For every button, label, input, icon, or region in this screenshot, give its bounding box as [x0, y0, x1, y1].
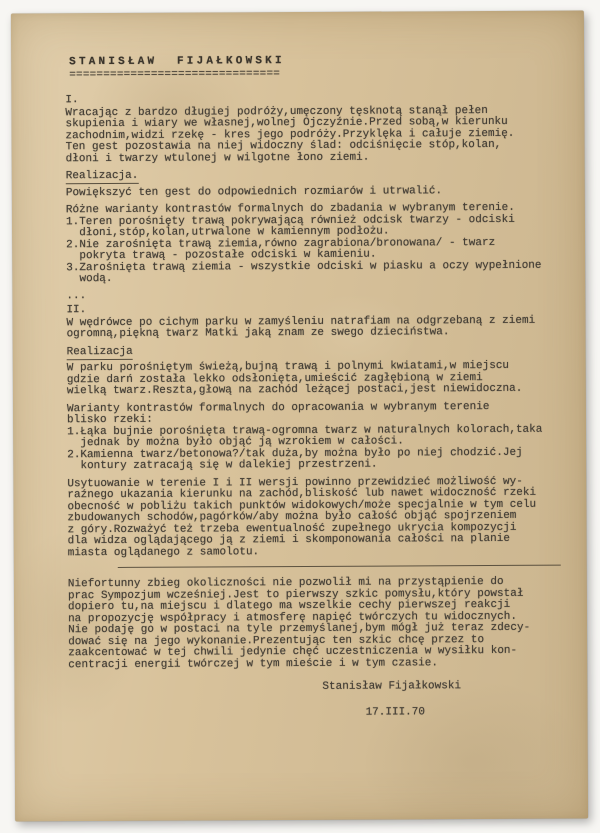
scan-background: { "page": { "background_color": "#f7f6f3…: [0, 0, 600, 833]
text-line: kontury zatracają się w dalekiej przestr…: [67, 459, 558, 473]
text-line: ogromną,piękną twarz Matki jaką znam ze …: [67, 327, 558, 341]
typewritten-content: STANISŁAW FIJAŁKOWSKI ==================…: [11, 11, 588, 721]
separator-line: [118, 565, 561, 568]
author-name-underline: ===============================: [69, 67, 556, 81]
text-line: 17.III.70: [366, 706, 425, 718]
underlined-heading: Realizacja: [67, 344, 558, 358]
document-page: STANISŁAW FIJAŁKOWSKI ==================…: [11, 11, 588, 822]
paragraph: Warianty kontrastów formalnych do opraco…: [67, 401, 558, 473]
text-line: Realizacja: [67, 345, 133, 359]
author-header: STANISŁAW FIJAŁKOWSKI ==================…: [69, 55, 556, 82]
paragraph: W parku porośniętym świeżą,bujną trawą i…: [67, 361, 558, 398]
document-blocks: I.Wracając z bardzo długiej podróży,umęc…: [65, 93, 559, 721]
date-line: 17.III.70: [69, 706, 560, 720]
paragraph: W wędrówce po cichym parku w zamyśleniu …: [66, 315, 557, 341]
paragraph: Powiększyć ten gest do odpowiednich rozm…: [66, 185, 557, 199]
paragraph: Różne warianty kontrastów formalnych do …: [66, 203, 557, 286]
text-line: II.: [66, 304, 86, 316]
paragraph: Niefortunny zbieg okoliczności nie pozwo…: [68, 577, 559, 672]
paragraph: Usytuowanie w terenie I i II wersji powi…: [67, 476, 558, 559]
text-line: centracji energii twórczej w tym mieście…: [68, 657, 559, 671]
text-line: ...: [66, 288, 557, 302]
signature-name: Stanisław Fijałkowski: [68, 681, 559, 695]
text-line: Stanisław Fijałkowski: [322, 680, 461, 693]
ellipsis-line: ...: [66, 288, 557, 302]
text-line: I.: [65, 94, 78, 106]
text-line: dłoni i twarzy wtulonej w wilgotne łono …: [66, 151, 557, 165]
paragraph: Wracając z bardzo długiej podróży,umęczo…: [65, 105, 556, 165]
text-line: miasta oglądanego z samolotu.: [68, 545, 559, 559]
underlined-heading: Realizacja.: [66, 169, 557, 183]
text-line: Powiększyć ten gest do odpowiednich rozm…: [66, 185, 557, 199]
text-line: wielką twarz.Reszta,głową na zachód leżą…: [67, 384, 558, 398]
text-line: Realizacja.: [66, 170, 139, 184]
